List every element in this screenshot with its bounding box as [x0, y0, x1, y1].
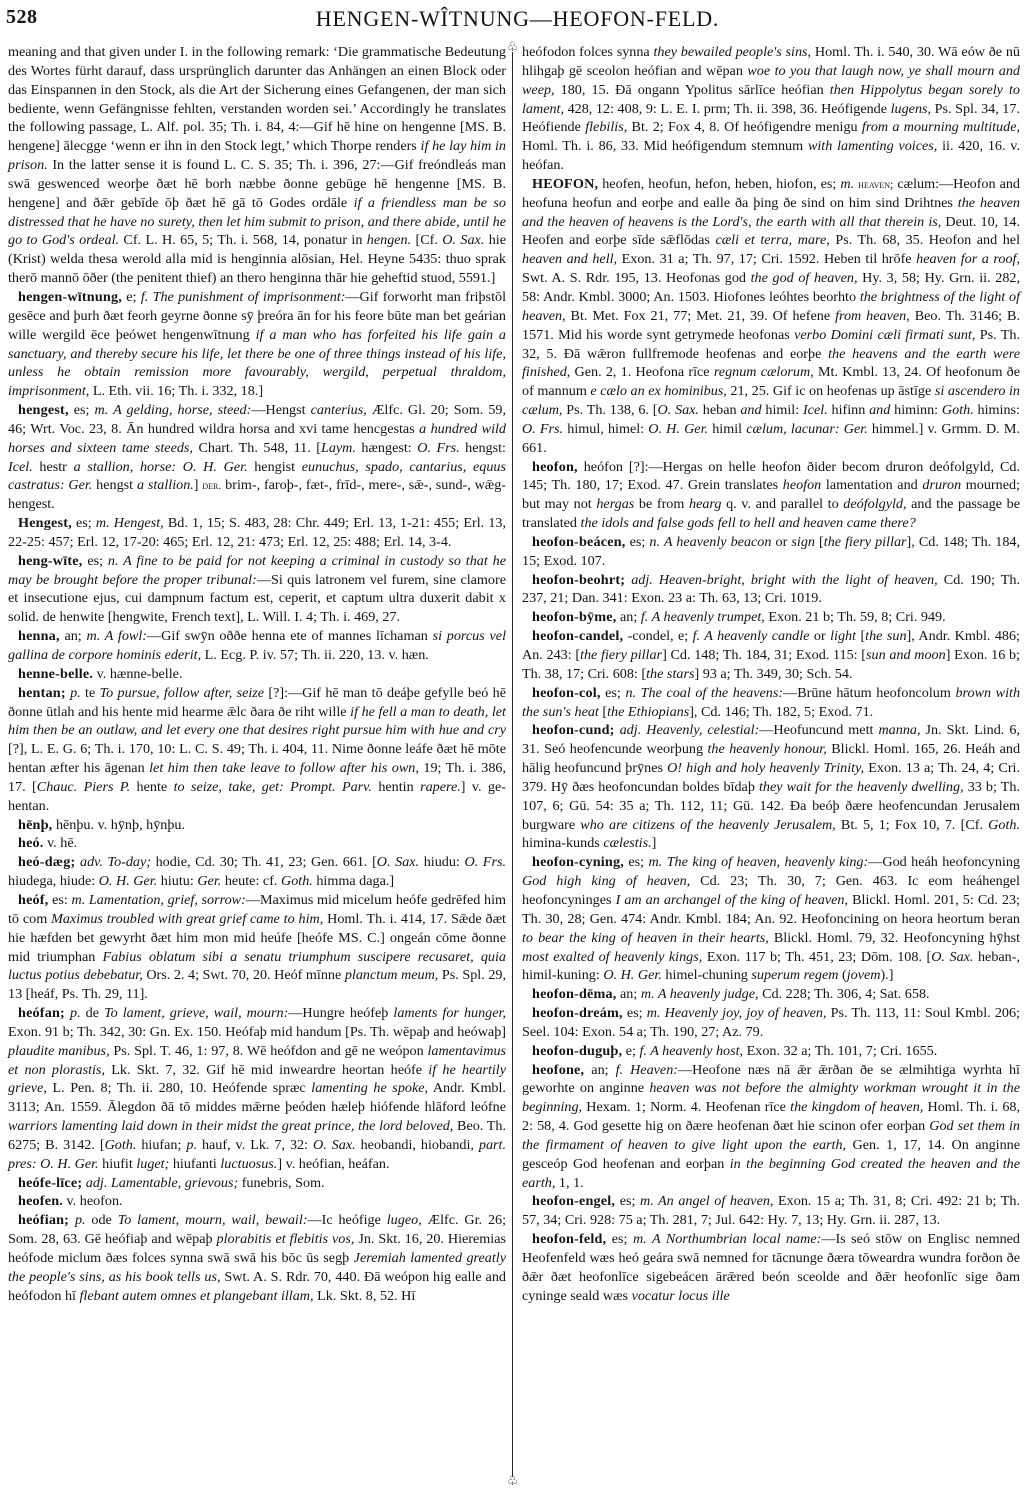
definition-italic: heaven and hell, [522, 251, 617, 267]
definition-italic: God high king of heaven, [522, 873, 690, 889]
definition-italic: f. A heavenly candle [693, 628, 810, 644]
headword: hentan; [18, 685, 66, 701]
definition-italic: m. A heavenly judge, [641, 986, 759, 1002]
definition-italic: manna, [878, 722, 920, 738]
definition-italic: cæli et terra, mare, [715, 232, 829, 248]
headword: heófan; [18, 1005, 65, 1021]
definition-italic: and [740, 402, 761, 418]
definition-italic: lugeo, [387, 1212, 422, 1228]
entry-text: —Brūne hātum heofoncolum [783, 685, 955, 701]
definition-italic: the fiery pillar [580, 647, 662, 663]
definition-italic: f. Heaven: [616, 1062, 678, 1078]
entry-text: hiudega, hiude: [8, 873, 99, 889]
dictionary-entry: heofon-dēma, an; m. A heavenly judge, Cd… [522, 985, 1020, 1004]
entry-text: —God heáh heofoncyning [868, 854, 1020, 870]
definition-italic: To lament, mourn, wail, bewail: [118, 1212, 308, 1228]
dictionary-entry: henne-belle. v. hænne-belle. [8, 665, 506, 684]
entry-text: ).] [880, 967, 893, 983]
definition-italic: e cælo an ex hominibus, [590, 383, 726, 399]
entry-text: hiutu: [157, 873, 197, 889]
entry-text: Gen. 2, 1. Heofona rīce [570, 364, 714, 380]
entry-text: es: [48, 892, 71, 908]
headword: heofon-bȳme, [532, 609, 617, 625]
entry-text: es; [626, 534, 650, 550]
definition-italic: m. Lamentation, grief, sorrow: [72, 892, 246, 908]
definition-italic: O. Frs. [464, 854, 506, 870]
dictionary-entry: heofon-bȳme, an; f. A heavenly trumpet, … [522, 608, 1020, 627]
entry-text: Swt. A. S. Rdr. 195, 13. Heofonas god [522, 270, 751, 286]
entry-text: himil [708, 421, 746, 437]
entry-text: Bt. Met. Fox 21, 77; Met. 21, 39. Of hef… [566, 308, 835, 324]
dictionary-entry: heofon-cund; adj. Heavenly, celestial:—H… [522, 721, 1020, 853]
headword: heofon-candel, [532, 628, 623, 644]
definition-italic: regnum cælorum, [714, 364, 814, 380]
headword: heofon-cund; [532, 722, 615, 738]
definition-italic: hearg [689, 496, 721, 512]
dictionary-entry: heófan; p. de To lament, grieve, wail, m… [8, 1004, 506, 1174]
definition-italic: plorabitis et flebitis vos, [217, 1231, 355, 1247]
definition-italic: who are citizens of the heavenly Jerusal… [580, 817, 835, 833]
entry-text: hente [130, 779, 173, 795]
definition-italic: m. An angel of heaven, [640, 1193, 773, 1209]
entry-text: hengist [248, 459, 302, 475]
entry-text: funebris, Som. [238, 1175, 324, 1191]
entry-text: hiufit [99, 1156, 137, 1172]
headword: heófe-līce; [18, 1175, 82, 1191]
definition-italic: O. Sax. [657, 402, 699, 418]
definition-italic: hergas [596, 496, 634, 512]
entry-text: Chart. Th. 548, 11. [ [193, 440, 321, 456]
entry-text: lamentation and [821, 477, 922, 493]
entry-text: heute: cf. [221, 873, 281, 889]
headword: heó-dæg; [18, 854, 75, 870]
headword: hengen-wītnung, [18, 289, 122, 305]
dictionary-entry: hengest, es; m. A gelding, horse, steed:… [8, 401, 506, 514]
entry-text: Blickl. Homl. 79, 32. Heofoncyning hȳhst [769, 930, 1020, 946]
definition-italic: Goth. [988, 817, 1020, 833]
entry-text: or [771, 534, 791, 550]
entry-text: te [81, 685, 100, 701]
dictionary-entry: heó-dæg; adv. To-day; hodie, Cd. 30; Th.… [8, 853, 506, 891]
definition-italic: f. A heavenly host, [640, 1043, 744, 1059]
definition-italic: and [869, 402, 890, 418]
entry-text: an; [60, 628, 87, 644]
dictionary-entry: heofon-beácen, es; n. A heavenly beacon … [522, 533, 1020, 571]
entry-text: hentin [372, 779, 420, 795]
headword: heofon-engel, [532, 1193, 615, 1209]
definition-italic: n. The coal of the heavens: [625, 685, 783, 701]
entry-text: —Ic heófige [308, 1212, 387, 1228]
entry-text: ode [86, 1212, 118, 1228]
definition-italic: m. A fowl: [87, 628, 148, 644]
entry-text: —Gif swȳn oððe henna ete of mannes līcha… [147, 628, 433, 644]
entry-text: L. Pen. 8; Th. ii. 280, 10. Heófende spr… [47, 1080, 311, 1096]
entry-text: or [809, 628, 830, 644]
entry-text: Lk. Skt. 8, 52. Hī [314, 1288, 416, 1304]
headword: heofon-feld, [532, 1231, 606, 1247]
entry-text: heban [699, 402, 740, 418]
entry-text: Ps. Spl. T. 46, 1: 97, 8. Wē heófdon and… [110, 1043, 428, 1059]
dictionary-entry: heofon-beohrt; adj. Heaven-bright, brigh… [522, 571, 1020, 609]
entry-text: es; [615, 1193, 640, 1209]
entry-text: hiufanti [169, 1156, 220, 1172]
dictionary-entry: hēnþ, hēnþu. v. hȳnþ, hȳnþu. [8, 816, 506, 835]
entry-text: an; [617, 609, 641, 625]
headword: heófian; [18, 1212, 69, 1228]
definition-italic: O. Sax. [931, 949, 973, 965]
entry-text: hifinn [828, 402, 869, 418]
headword: heofon-dēma, [532, 986, 617, 1002]
entry-text: de [81, 1005, 104, 1021]
definition-italic: the Ethiopians [607, 704, 689, 720]
entry-text: 428, 12: 408, 9: L. E. I. prm; Th. ii. 3… [564, 101, 891, 117]
definition-italic: m. A gelding, horse, steed: [95, 402, 252, 418]
definition-italic: verbo Domini cæli firmati sunt, [794, 327, 975, 343]
definition-italic: O. Sax. [313, 1137, 356, 1153]
entry-text: es; [606, 1231, 633, 1247]
entry-text: —Heofuncund mett [759, 722, 878, 738]
entry-text: heófodon folces synna [522, 44, 653, 60]
definition-italic: Maximus troubled with great grief came t… [51, 911, 323, 927]
definition-italic: m. Hengest, [96, 515, 164, 531]
entry-text: an; [584, 1062, 615, 1078]
entry-text: hiufan; [136, 1137, 186, 1153]
definition-italic: laments for hunger, [393, 1005, 506, 1021]
definition-italic: the god of heaven, [751, 270, 858, 286]
definition-italic: plaudite manibus, [8, 1043, 110, 1059]
definition-italic: adv. To-day; [80, 854, 151, 870]
definition-italic: m. [840, 176, 854, 192]
definition-italic: canterius, [311, 402, 367, 418]
headword: heofon-cyning, [532, 854, 624, 870]
dictionary-entry: hengen-wītnung, e; f. The punishment of … [8, 288, 506, 401]
entry-text: Cd. 228; Th. 306, 4; Sat. 658. [759, 986, 930, 1002]
definition-italic: heofon [783, 477, 822, 493]
definition-italic: Icel. [803, 402, 828, 418]
entry-text: 180, 15. Ðā ongann Ypolitus sārlīce heóf… [555, 82, 830, 98]
headword: heofon-beácen, [532, 534, 626, 550]
definition-italic: to seize, take, get: Prompt. Parv. [174, 779, 372, 795]
definition-italic: planctum meum, [345, 967, 439, 983]
definition-italic: n. A heavenly beacon [649, 534, 771, 550]
running-title: HENGEN-WÎTNUNG—HEOFON-FELD. [0, 6, 1035, 32]
headword: heó. [18, 835, 44, 851]
entry-text: es; [72, 515, 96, 531]
continued-entry: heófodon folces synna they bewailed peop… [522, 43, 1020, 175]
dictionary-entry: heofon-candel, -condel, e; f. A heavenly… [522, 627, 1020, 684]
entry-text: q. v. and parallel to [721, 496, 843, 512]
headword: heng-wīte, [18, 553, 82, 569]
definition-italic: p. [75, 1212, 86, 1228]
entry-text: ] 93 a; Th. 349, 30; Sch. 54. [694, 666, 852, 682]
headword: heofon-beohrt; [532, 572, 625, 588]
definition-italic: p. [70, 685, 81, 701]
definition-italic: the fiery pillar [824, 534, 907, 550]
entry-text: hestr [33, 459, 74, 475]
entry-text: Cf. L. H. 65, 5; Th. i. 568, 14, ponatur… [119, 232, 367, 248]
entry-text: heofen, heofun, hefon, heben, hiofon, es… [598, 176, 840, 192]
definition-italic: m. Heavenly joy, joy of heaven, [647, 1005, 827, 1021]
entry-text: e; [122, 289, 141, 305]
entry-text: himul, himel: [563, 421, 648, 437]
entry-text: Exon. 32 a; Th. 101, 7; Cri. 1655. [743, 1043, 937, 1059]
entry-text: hodie, Cd. 30; Th. 41, 23; Gen. 661. [ [151, 854, 377, 870]
definition-italic: O. Sax. [442, 232, 484, 248]
entry-text: 1, 1. [555, 1175, 583, 1191]
entry-text: ( [838, 967, 846, 983]
entry-text: v. hænne-belle. [93, 666, 182, 682]
column-divider [512, 52, 513, 1477]
entry-text: hēnþu. v. hȳnþ, hȳnþu. [52, 817, 185, 833]
dictionary-entry: HEOFON, heofen, heofun, hefon, heben, hi… [522, 175, 1020, 458]
entry-text: L. Ecg. P. iv. 57; Th. ii. 220, 13. v. h… [201, 647, 429, 663]
definition-italic: a stallion. [137, 477, 194, 493]
definition-italic: with lamenting voices, [808, 138, 937, 154]
definition-italic: a stallion, horse: O. H. Ger. [74, 459, 248, 475]
definition-italic: O. H. Ger. [648, 421, 708, 437]
headword: heofon-duguþ, [532, 1043, 622, 1059]
definition-italic: cælestis. [603, 835, 651, 851]
entry-text: es; [623, 1005, 647, 1021]
entry-text: ], Cd. 146; Th. 182, 5; Exod. 71. [689, 704, 873, 720]
definition-italic: the stars [646, 666, 694, 682]
dictionary-entry: heofen. v. heofon. [8, 1192, 506, 1211]
definition-italic: O. H. Ger. [99, 873, 158, 889]
definition-italic: they wait for the heavenly dwelling, [759, 779, 964, 795]
definition-italic: Goth. [281, 873, 313, 889]
definition-italic: from a mourning multitude, [862, 119, 1020, 135]
definition-italic: To pursue, follow after, seize [100, 685, 265, 701]
definition-italic: cælum, lacunar: Ger. [746, 421, 867, 437]
definition-italic: f. The punishment of imprisonment: [141, 289, 346, 305]
dictionary-entry: heó. v. hē. [8, 834, 506, 853]
definition-italic: O. Frs. [522, 421, 563, 437]
entry-text: es; [69, 402, 95, 418]
entry-text: es; [82, 553, 107, 569]
dictionary-entry: henna, an; m. A fowl:—Gif swȳn oððe henn… [8, 627, 506, 665]
definition-italic: to bear the king of heaven in their hear… [522, 930, 769, 946]
headword: HEOFON, [532, 176, 598, 192]
definition-italic: O. Sax. [377, 854, 419, 870]
definition-italic: sign [791, 534, 815, 550]
definition-italic: hengen. [367, 232, 411, 248]
headword: hēnþ, [18, 817, 52, 833]
definition-italic: Goth. [105, 1137, 137, 1153]
dictionary-entry: heofon-col, es; n. The coal of the heave… [522, 684, 1020, 722]
entry-text: ] [652, 835, 657, 851]
entry-text: hengst: [460, 440, 506, 456]
dictionary-entry: Hengest, es; m. Hengest, Bd. 1, 15; S. 4… [8, 514, 506, 552]
entry-text: Exon. 91 b; Th. 342, 30: Gn. Ex. 150. He… [8, 1024, 506, 1040]
entry-text: e; [622, 1043, 639, 1059]
entry-text: himel-chuning [662, 967, 752, 983]
entry-text: himma daga.] [313, 873, 394, 889]
definition-italic: Icel. [8, 459, 33, 475]
definition-italic: O! high and holy heavenly Trinity, [667, 760, 864, 776]
entry-text: [ [856, 628, 865, 644]
definition-italic: luget; [136, 1156, 169, 1172]
entry-text: 21, 25. Gif ic on heofenas up āstīge [727, 383, 935, 399]
headword: heóf, [18, 892, 48, 908]
dictionary-entry: heóf, es: m. Lamentation, grief, sorrow:… [8, 891, 506, 1004]
definition-italic: Ger. [197, 873, 221, 889]
entry-text: himil: [762, 402, 803, 418]
definition-italic: I am an archangel of the king of heaven, [616, 892, 848, 908]
dictionary-entry: heofon-cyning, es; m. The king of heaven… [522, 853, 1020, 985]
entry-text: Homl. Th. i. 86, 33. Mid heófigendum ste… [522, 138, 808, 154]
definition-italic: most exalted of heavenly kings, [522, 949, 702, 965]
ornament-icon: ♧ [506, 1474, 519, 1487]
definition-italic: O. Frs. [417, 440, 459, 456]
definition-italic: they bewailed people's sins, [653, 44, 811, 60]
definition-italic: the heavenly honour, [708, 741, 827, 757]
definition-italic: jovem [847, 967, 881, 983]
dictionary-entry: heofon-dreám, es; m. Heavenly joy, joy o… [522, 1004, 1020, 1042]
entry-text: Ps. Th. 138, 6. [ [562, 402, 657, 418]
dictionary-entry: heofone, an; f. Heaven:—Heofone næs nā ǣ… [522, 1061, 1020, 1193]
definition-italic: from heaven, [835, 308, 910, 324]
entry-text: —Hengst [251, 402, 310, 418]
definition-italic: O. H. Ger. [603, 967, 662, 983]
dictionary-entry: heofon-engel, es; m. An angel of heaven,… [522, 1192, 1020, 1230]
definition-italic: the sun [865, 628, 906, 644]
entry-text: Bt. 5, 1; Fox 10, 7. [Cf. [836, 817, 988, 833]
headword: hengest, [18, 402, 69, 418]
entry-text: v. heofon. [63, 1193, 123, 1209]
definition-italic: heaven for a roof, [916, 251, 1020, 267]
dictionary-entry: heófian; p. ode To lament, mourn, wail, … [8, 1211, 506, 1305]
entry-text: -condel, e; [623, 628, 692, 644]
definition-italic: druron [922, 477, 961, 493]
headword: heofon-col, [532, 685, 601, 701]
definition-italic: f. A heavenly trumpet, [641, 609, 765, 625]
dictionary-entry: heofon, heófon [?]:—Hergas on helle heof… [522, 458, 1020, 533]
definition-italic: warriors lamenting laid down in their mi… [8, 1118, 453, 1134]
definition-italic: adj. Lamentable, grievous; [86, 1175, 238, 1191]
entry-text: —Hungre heófeþ [288, 1005, 393, 1021]
definition-italic: sun and moon [866, 647, 946, 663]
definition-italic: rapere. [420, 779, 461, 795]
definition-italic: the kingdom of heaven, [790, 1099, 923, 1115]
definition-italic: To lament, grieve, wail, mourn: [104, 1005, 288, 1021]
entry-text: v. hē. [44, 835, 78, 851]
page-header: 528 HENGEN-WÎTNUNG—HEOFON-FELD. [0, 0, 1035, 40]
entry-text: be from [634, 496, 689, 512]
definition-italic: lugens, [891, 101, 931, 117]
entry-text: himinn: [890, 402, 942, 418]
entry-text: an; [617, 986, 641, 1002]
entry-text: himina-kunds [522, 835, 603, 851]
entry-text: hengst [92, 477, 137, 493]
entry-text: Ors. 2. 4; Swt. 70, 20. Heóf mīnne [143, 967, 345, 983]
entry-text: es; [601, 685, 626, 701]
dictionary-entry: heófe-līce; adj. Lamentable, grievous; f… [8, 1174, 506, 1193]
entry-text: es; [624, 854, 649, 870]
continued-entry: meaning and that given under I. in the f… [8, 43, 506, 288]
entry-text: hiudu: [419, 854, 464, 870]
dictionary-entry: heng-wīte, es; n. A fine to be paid for … [8, 552, 506, 627]
definition-italic: the idols and false gods fell to hell an… [581, 515, 916, 531]
headword: henne-belle. [18, 666, 93, 682]
entry-text: hauf, v. Lk. 7, 32: [197, 1137, 313, 1153]
entry-text: L. Eth. vii. 16; Th. i. 332, 18.] [89, 383, 263, 399]
definition-italic: deófolgyld, [843, 496, 906, 512]
definition-italic: m. A Northumbrian local name: [633, 1231, 821, 1247]
definition-italic: light [830, 628, 856, 644]
headword: heofen. [18, 1193, 63, 1209]
definition-italic: superum regem [751, 967, 838, 983]
definition-italic: adj. Heaven-bright, bright with the ligh… [631, 572, 938, 588]
right-column: heófodon folces synna they bewailed peop… [522, 43, 1020, 1306]
headword: henna, [18, 628, 60, 644]
entry-text: Exon. 21 b; Th. 59, 8; Cri. 949. [765, 609, 946, 625]
definition-italic: luctuosus. [220, 1156, 277, 1172]
small-caps-label: heaven; [858, 177, 893, 191]
entry-text: Bt. 2; Fox 4, 8. Of heófigendre menigu [627, 119, 862, 135]
entry-text: heobandi, hiobandi, [356, 1137, 479, 1153]
definition-italic: Laym. [321, 440, 356, 456]
entry-text: ] v. heófian, heáfan. [277, 1156, 389, 1172]
entry-text: Exon. 117 b; Th. 451, 23; Dōm. 108. [ [702, 949, 931, 965]
left-column: meaning and that given under I. in the f… [8, 43, 506, 1306]
definition-italic: flebant autem omnes et plangebant illam, [79, 1288, 313, 1304]
entry-text: Exon. 31 a; Th. 97, 17; Cri. 1592. Heben… [617, 251, 916, 267]
definition-italic: Goth. [942, 402, 974, 418]
entry-text: [ [599, 704, 607, 720]
entry-text: hængest: [356, 440, 417, 456]
definition-italic: m. The king of heaven, heavenly king: [649, 854, 869, 870]
definition-italic: flebilis, [585, 119, 627, 135]
dictionary-entry: heofon-feld, es; m. A Northumbrian local… [522, 1230, 1020, 1305]
entry-text: Ps. Th. 68, 35. Heofon and hel [830, 232, 1020, 248]
definition-italic: Chauc. Piers P. [37, 779, 130, 795]
small-caps-label: der. [202, 478, 221, 492]
entry-text: [ [815, 534, 824, 550]
definition-italic: vocatur locus ille [632, 1288, 730, 1304]
definition-italic: p. [186, 1137, 197, 1153]
headword: heofon-dreám, [532, 1005, 623, 1021]
dictionary-entry: hentan; p. te To pursue, follow after, s… [8, 684, 506, 816]
definition-italic: adj. Heavenly, celestial: [620, 722, 760, 738]
definition-italic: p. [70, 1005, 81, 1021]
headword: heofon, [532, 459, 578, 475]
entry-text: Lk. Skt. 7, 32. Gif hē mid inweardre heo… [105, 1062, 428, 1078]
definition-italic: lamenting he spoke, [311, 1080, 428, 1096]
entry-text: ] Cd. 148; Th. 184, 31; Exod. 115: [ [662, 647, 866, 663]
headword: heofone, [532, 1062, 584, 1078]
entry-text: [Cf. [411, 232, 442, 248]
dictionary-entry: heofon-duguþ, e; f. A heavenly host, Exo… [522, 1042, 1020, 1061]
entry-text: Hexam. 1; Norm. 4. Heofenan rīce [582, 1099, 790, 1115]
headword: Hengest, [18, 515, 72, 531]
entry-text: himins: [974, 402, 1020, 418]
definition-italic: let him then take leave to follow after … [149, 760, 419, 776]
